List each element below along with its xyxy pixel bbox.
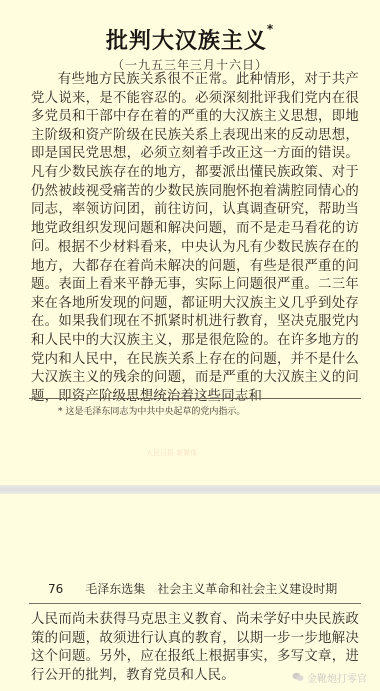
- watermark-text: 金靴炮打零官: [307, 674, 367, 685]
- watermark-logo: 人民日报 新媒体: [146, 448, 197, 458]
- paragraph-1: 有些地方民族关系很不正常。此种情形，对于共产党人说来，是不能容忍的。必须深刻批评…: [31, 71, 359, 257]
- title-text: 批判大汉族主义: [106, 29, 267, 54]
- header-divider: [29, 603, 361, 604]
- footnote-marker: *: [267, 22, 274, 36]
- footnote-divider: [29, 398, 361, 399]
- section-title: 社会主义革命和社会主义建设时期: [157, 582, 337, 596]
- page-separator: [0, 485, 380, 494]
- article-title: 批判大汉族主义*: [0, 24, 380, 55]
- page-number: 76: [48, 582, 63, 596]
- paragraph-text: 有些地方民族关系很不正常。此种情形，对于共产党人说来，是不能容忍的。必须深刻批评…: [31, 71, 359, 257]
- footnote: * 这是毛泽东同志为中共中央起草的党内指示。: [58, 404, 245, 417]
- paragraph-2: 根据不少材料看来，中央认为凡有少数民族存在的地方，大都存在着尚未解决的问题，有些…: [31, 239, 359, 406]
- watermark-account: 金靴炮打零官: [292, 670, 367, 685]
- wechat-icon: [292, 672, 304, 685]
- book-title: 毛泽东选集: [85, 582, 145, 596]
- paragraph-text: 根据不少材料看来，中央认为凡有少数民族存在的地方，大都存在着尚未解决的问题，有些…: [31, 239, 359, 406]
- running-header: 76毛泽东选集社会主义革命和社会主义建设时期: [48, 580, 337, 597]
